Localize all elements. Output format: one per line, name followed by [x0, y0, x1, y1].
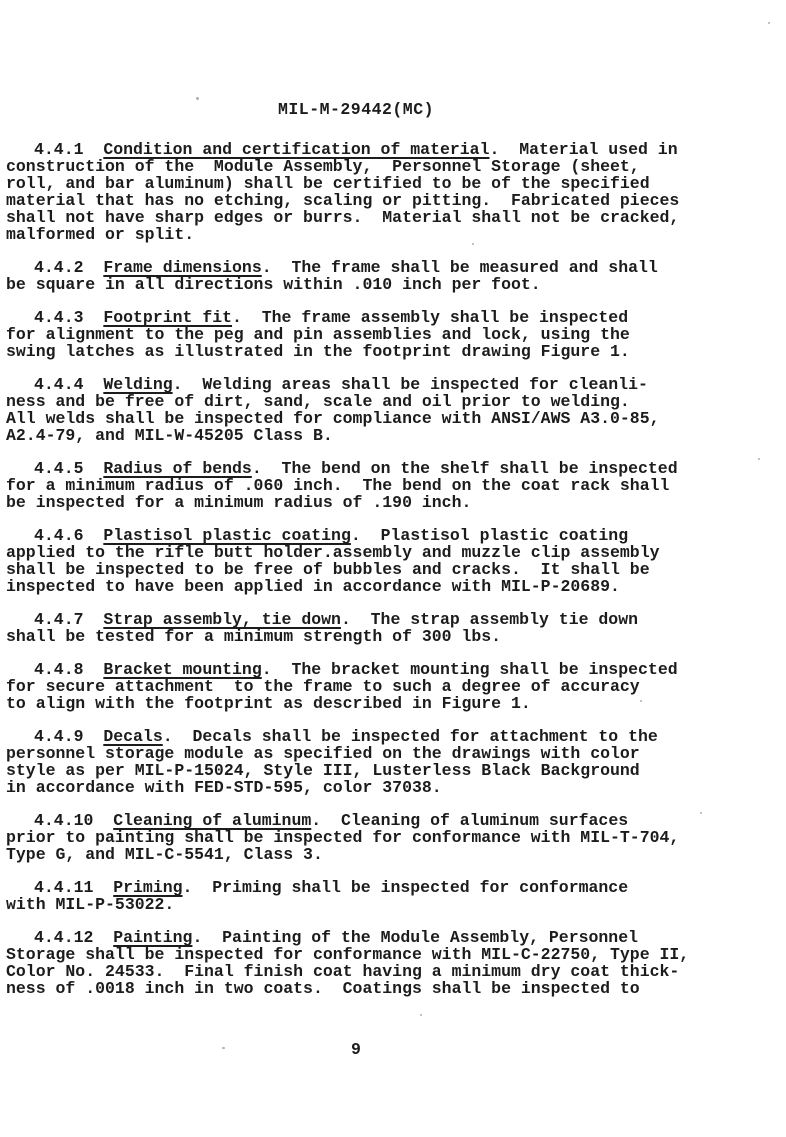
section-paragraph: 4.4.1Condition and certification of mate…	[6, 141, 706, 243]
scan-speck	[768, 22, 770, 24]
page-number: 9	[6, 1041, 706, 1058]
section-body: . Painting of the Module Assembly, Perso…	[6, 928, 689, 998]
scan-speck	[196, 97, 199, 100]
section-paragraph: 4.4.11Priming. Priming shall be inspecte…	[6, 879, 706, 913]
section-paragraph: 4.4.5Radius of bends. The bend on the sh…	[6, 460, 706, 511]
scan-speck	[700, 812, 702, 814]
section-paragraph: 4.4.7Strap assembly, tie down. The strap…	[6, 611, 706, 645]
scan-speck	[420, 1014, 422, 1016]
scan-speck	[222, 1047, 225, 1049]
scan-speck	[758, 458, 760, 460]
section-paragraph: 4.4.8Bracket mounting. The bracket mount…	[6, 661, 706, 712]
section-paragraph: 4.4.10Cleaning of aluminum. Cleaning of …	[6, 812, 706, 863]
section-paragraph: 4.4.4Welding. Welding areas shall be ins…	[6, 376, 706, 444]
section-paragraph: 4.4.9Decals. Decals shall be inspected f…	[6, 728, 706, 796]
section-paragraph: 4.4.12Painting. Painting of the Module A…	[6, 929, 706, 997]
section-body: . The frame assembly shall be inspected …	[6, 308, 630, 361]
document-page: MIL-M-29442(MC) 4.4.1Condition and certi…	[6, 0, 706, 1058]
section-paragraph: 4.4.3Footprint fit. The frame assembly s…	[6, 309, 706, 360]
scan-speck	[640, 700, 642, 702]
scan-speck	[472, 243, 474, 245]
section-paragraph: 4.4.6Plastisol plastic coating. Plastiso…	[6, 527, 706, 595]
section-body: . Priming shall be inspected for conform…	[6, 878, 628, 914]
document-header: MIL-M-29442(MC)	[6, 101, 706, 118]
section-body: . Cleaning of aluminum surfaces prior to…	[6, 811, 679, 864]
section-paragraph: 4.4.2Frame dimensions. The frame shall b…	[6, 259, 706, 293]
